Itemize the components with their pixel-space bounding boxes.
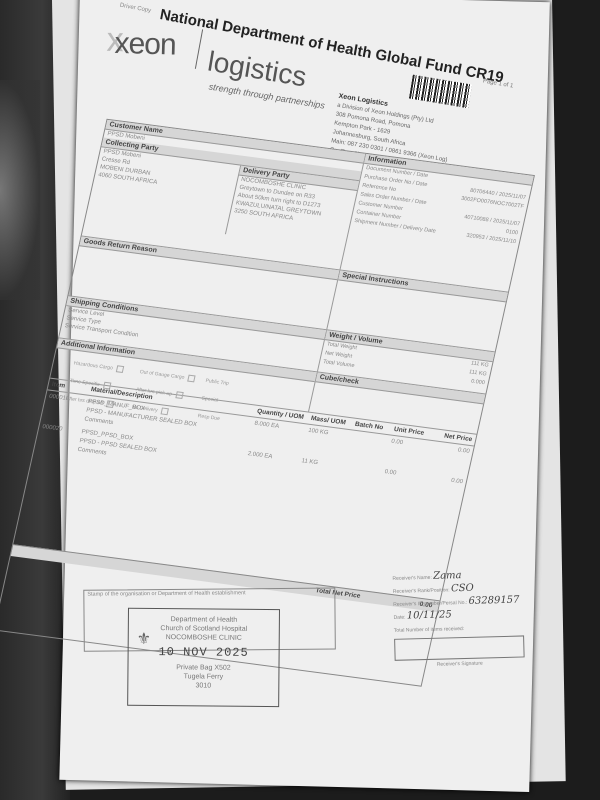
coat-of-arms-icon: ⚜ [137,635,151,644]
delivery-party: Delivery Party NOCOMBOSHE CLINIC Greytow… [226,166,359,250]
stamp-line: NOCOMBOSHE CLINIC [129,633,279,643]
stamp-date: 10 NOV 2025 [129,648,279,658]
information-section: Information Document Number / Date Purch… [341,154,534,292]
logo-brand: xeon [114,27,176,63]
delivery-note-sheet: Driver Copy National Department of Healt… [59,0,550,792]
option-label: Hazardous Cargo [73,361,113,372]
option-label: Public Trip [205,378,229,387]
barcode-icon [409,75,472,109]
background-glow [0,80,40,300]
stamp-area-label: Stamp of the organisation or Department … [84,589,334,599]
checkbox[interactable] [188,375,196,383]
copy-label: Driver Copy [119,3,151,15]
page-number: Page 1 of 1 [482,78,513,89]
stamp-line: 3010 [128,681,278,691]
receiver-field: Total Number of items received: [394,620,524,636]
signature-label: Receiver's Signature [395,657,525,671]
clinic-stamp: ⚜ Department of Health Church of Scotlan… [127,608,280,707]
receiver-section: Receiver's Name: Zama Receiver's Rank/Po… [392,568,525,671]
checkbox[interactable] [116,365,124,373]
option-label: Out of Gauge Cargo [139,369,185,381]
logo-divider [195,29,203,69]
